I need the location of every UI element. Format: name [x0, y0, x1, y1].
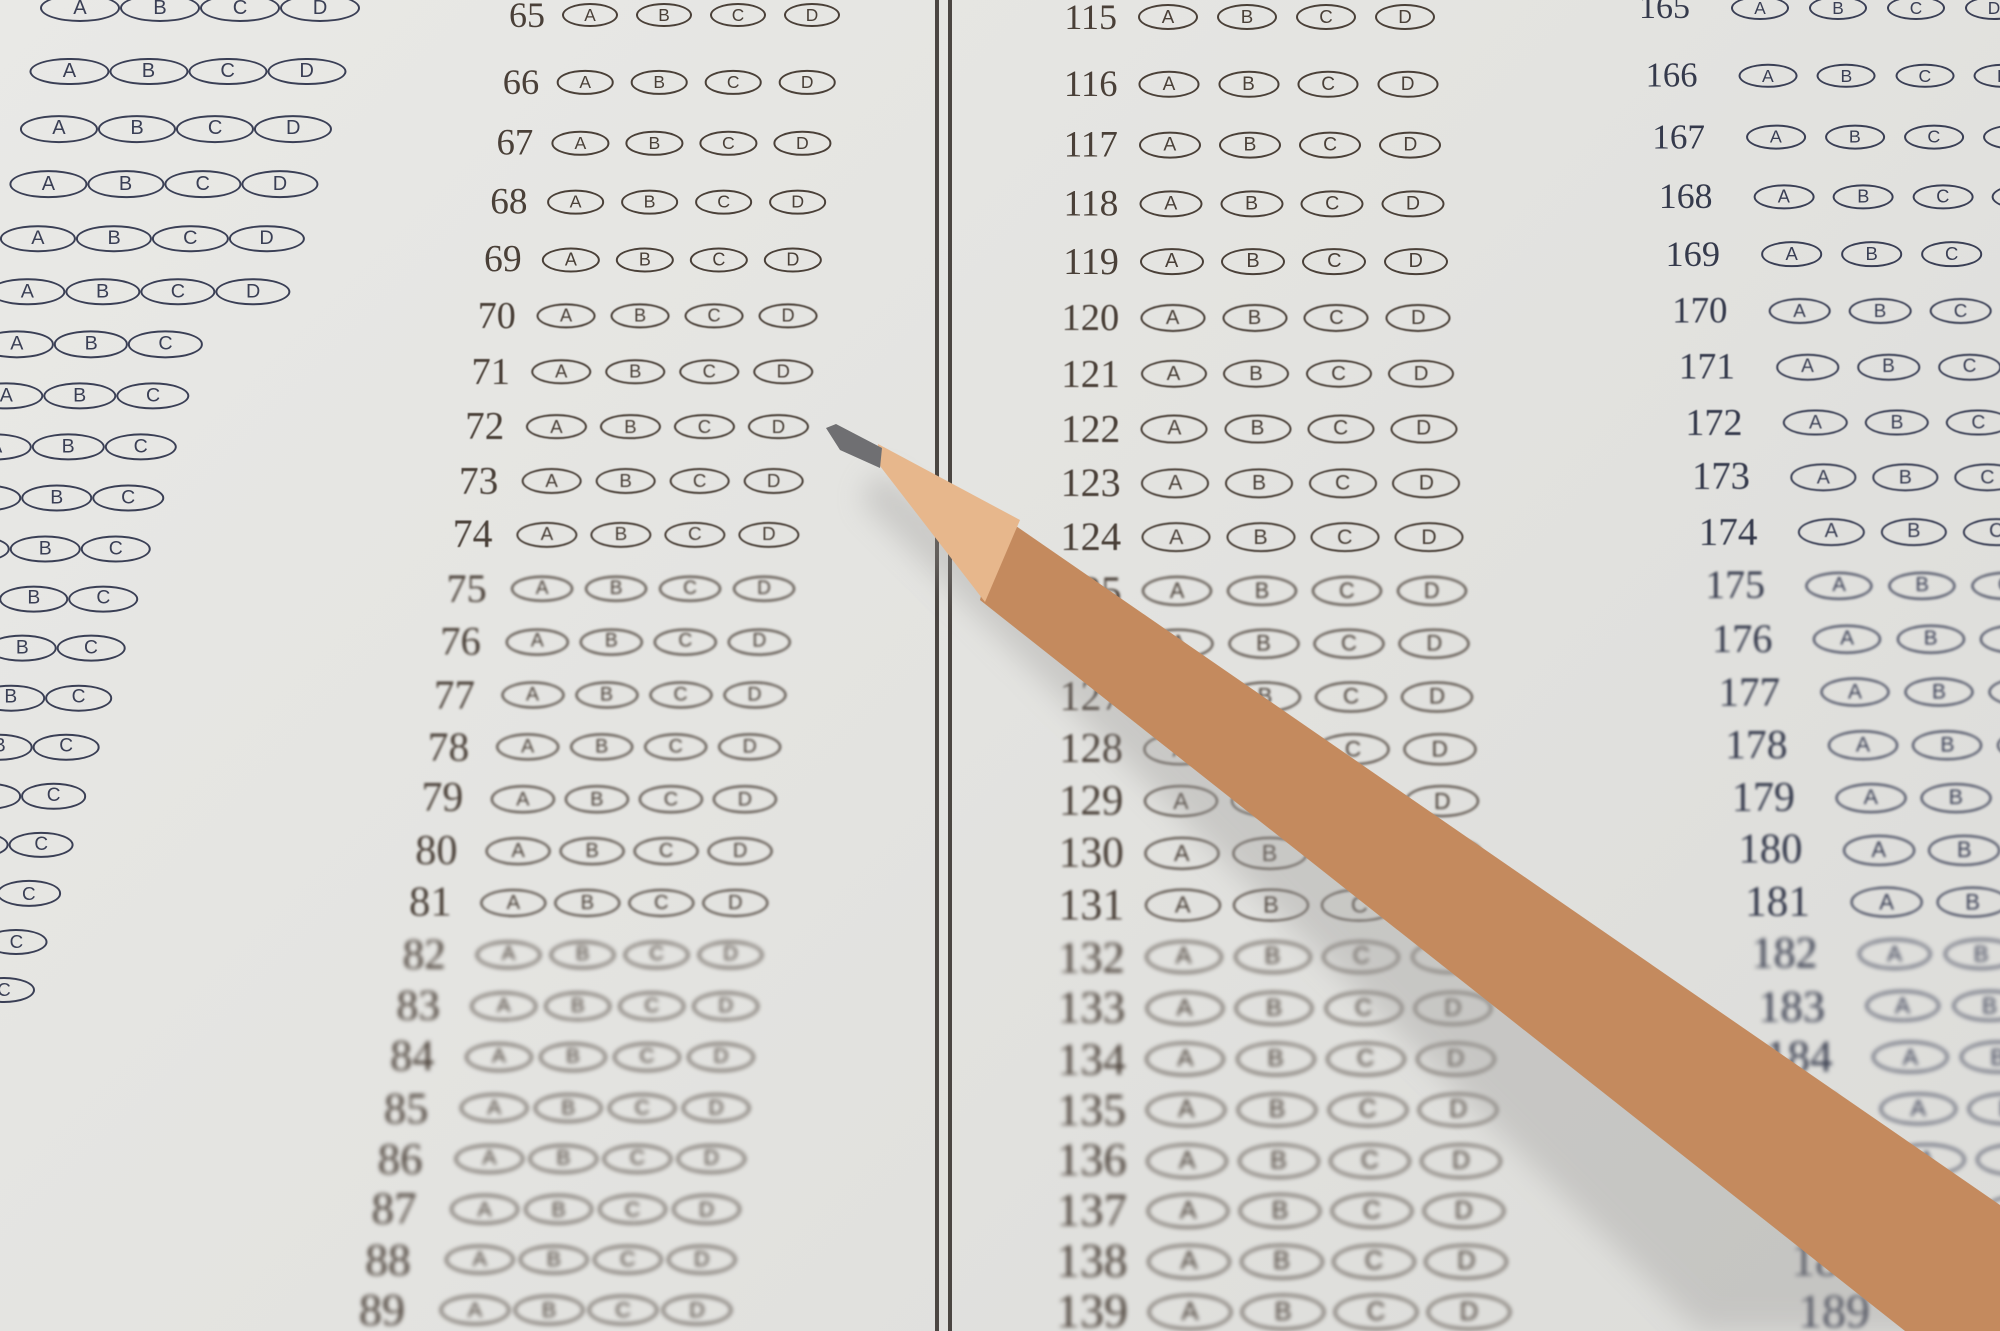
- answer-bubble-d[interactable]: D: [703, 889, 768, 917]
- answer-bubble-b[interactable]: B: [1231, 786, 1305, 818]
- answer-bubble-c[interactable]: C: [1955, 464, 2000, 491]
- answer-bubble-a[interactable]: A: [455, 1144, 523, 1173]
- answer-bubble-a[interactable]: A: [542, 247, 600, 272]
- answer-bubble-b[interactable]: B: [1968, 1092, 2000, 1124]
- answer-bubble-d[interactable]: D: [769, 190, 827, 215]
- answer-bubble-a[interactable]: A: [1806, 572, 1873, 600]
- answer-bubble-d[interactable]: D: [1425, 1244, 1508, 1280]
- answer-bubble-d[interactable]: D: [779, 70, 836, 94]
- answer-bubble-b[interactable]: B: [0, 635, 57, 662]
- answer-bubble-b[interactable]: B: [1237, 1093, 1317, 1127]
- answer-bubble-c[interactable]: C: [619, 992, 686, 1021]
- answer-bubble-c[interactable]: C: [1323, 940, 1400, 973]
- answer-bubble-c[interactable]: C: [593, 1245, 662, 1275]
- answer-bubble-d[interactable]: D: [1388, 359, 1454, 388]
- answer-bubble-d[interactable]: D: [1974, 64, 2000, 88]
- answer-bubble-a[interactable]: A: [476, 941, 542, 969]
- answer-bubble-d[interactable]: D: [1412, 940, 1489, 973]
- answer-bubble-c[interactable]: C: [1312, 576, 1382, 606]
- answer-bubble-b[interactable]: B: [529, 1144, 597, 1173]
- answer-bubble-c[interactable]: C: [1301, 191, 1364, 218]
- answer-bubble-b[interactable]: B: [570, 734, 634, 761]
- answer-bubble-c[interactable]: C: [1334, 1294, 1418, 1330]
- answer-bubble-c[interactable]: C: [116, 382, 189, 409]
- answer-bubble-b[interactable]: B: [1952, 990, 2000, 1022]
- answer-bubble-a[interactable]: A: [511, 575, 573, 602]
- answer-bubble-c[interactable]: C: [1989, 678, 2000, 707]
- answer-bubble-b[interactable]: B: [1224, 414, 1291, 443]
- answer-bubble-c[interactable]: C: [1320, 837, 1395, 869]
- answer-bubble-a[interactable]: A: [445, 1245, 514, 1275]
- answer-bubble-c[interactable]: C: [1325, 991, 1403, 1025]
- answer-bubble-a[interactable]: A: [496, 734, 560, 761]
- answer-bubble-c[interactable]: C: [0, 977, 35, 1003]
- answer-bubble-b[interactable]: B: [0, 734, 33, 761]
- answer-bubble-d[interactable]: D: [254, 115, 332, 143]
- answer-bubble-d[interactable]: D: [1410, 889, 1486, 922]
- answer-bubble-d[interactable]: D: [693, 992, 760, 1021]
- answer-bubble-a[interactable]: A: [1910, 1295, 1990, 1329]
- answer-bubble-b[interactable]: B: [1881, 518, 1947, 546]
- answer-bubble-c[interactable]: C: [9, 832, 74, 858]
- answer-bubble-a[interactable]: A: [1776, 354, 1840, 381]
- answer-bubble-d[interactable]: D: [1397, 576, 1467, 606]
- answer-bubble-b[interactable]: B: [519, 1245, 588, 1275]
- answer-bubble-c[interactable]: C: [710, 3, 766, 27]
- answer-bubble-d[interactable]: D: [748, 414, 808, 440]
- answer-bubble-c[interactable]: C: [690, 247, 748, 272]
- answer-bubble-b[interactable]: B: [606, 359, 666, 385]
- answer-bubble-b[interactable]: B: [0, 685, 45, 712]
- answer-bubble-b[interactable]: B: [1225, 469, 1293, 498]
- answer-bubble-b[interactable]: B: [54, 330, 128, 357]
- answer-bubble-b[interactable]: B: [590, 522, 651, 548]
- answer-bubble-c[interactable]: C: [1895, 64, 1954, 88]
- answer-bubble-a[interactable]: A: [1731, 0, 1789, 20]
- answer-bubble-c[interactable]: C: [624, 941, 690, 969]
- answer-bubble-a[interactable]: A: [1880, 1092, 1956, 1124]
- answer-bubble-b[interactable]: B: [0, 783, 21, 809]
- answer-bubble-b[interactable]: B: [636, 3, 692, 27]
- answer-bubble-d[interactable]: D: [682, 1094, 750, 1123]
- answer-bubble-a[interactable]: A: [1843, 835, 1915, 865]
- answer-bubble-c[interactable]: C: [705, 70, 762, 94]
- answer-bubble-b[interactable]: B: [1992, 1245, 2000, 1279]
- answer-bubble-a[interactable]: A: [1142, 522, 1211, 552]
- answer-bubble-b[interactable]: B: [43, 382, 116, 409]
- answer-bubble-a[interactable]: A: [1146, 1042, 1225, 1076]
- answer-bubble-d[interactable]: D: [1421, 1143, 1502, 1178]
- answer-bubble-d[interactable]: D: [1379, 132, 1441, 159]
- answer-bubble-c[interactable]: C: [0, 880, 61, 906]
- answer-bubble-d[interactable]: D: [1395, 522, 1464, 552]
- answer-bubble-c[interactable]: C: [1307, 414, 1374, 443]
- answer-bubble-b[interactable]: B: [10, 535, 81, 562]
- answer-bubble-b[interactable]: B: [514, 1295, 584, 1325]
- answer-bubble-c[interactable]: C: [680, 359, 740, 385]
- answer-bubble-c[interactable]: C: [1317, 734, 1390, 765]
- answer-bubble-d[interactable]: D: [1983, 125, 2000, 150]
- answer-bubble-a[interactable]: A: [1753, 184, 1814, 209]
- answer-bubble-a[interactable]: A: [501, 681, 564, 708]
- answer-bubble-c[interactable]: C: [21, 783, 87, 809]
- answer-bubble-b[interactable]: B: [1236, 1042, 1315, 1076]
- answer-bubble-a[interactable]: A: [1865, 990, 1940, 1022]
- answer-bubble-c[interactable]: C: [700, 131, 757, 156]
- answer-bubble-c[interactable]: C: [1921, 242, 1983, 268]
- answer-bubble-d[interactable]: D: [764, 247, 822, 272]
- answer-bubble-b[interactable]: B: [87, 171, 164, 199]
- answer-bubble-c[interactable]: C: [685, 303, 744, 328]
- answer-bubble-d[interactable]: D: [1408, 837, 1483, 869]
- answer-bubble-a[interactable]: A: [1828, 731, 1898, 760]
- answer-bubble-a[interactable]: A: [521, 468, 582, 494]
- answer-bubble-c[interactable]: C: [1309, 469, 1377, 498]
- answer-bubble-a[interactable]: A: [1895, 1194, 1973, 1227]
- answer-bubble-b[interactable]: B: [524, 1195, 593, 1225]
- answer-bubble-c[interactable]: C: [128, 330, 202, 357]
- answer-bubble-b[interactable]: B: [1984, 1194, 2000, 1227]
- answer-bubble-b[interactable]: B: [120, 0, 200, 22]
- answer-bubble-c[interactable]: C: [1331, 1194, 1413, 1229]
- answer-bubble-b[interactable]: B: [1232, 837, 1307, 869]
- answer-bubble-b[interactable]: B: [1217, 4, 1277, 30]
- answer-bubble-b[interactable]: B: [1920, 783, 1991, 813]
- answer-bubble-a[interactable]: A: [1146, 991, 1224, 1025]
- answer-bubble-b[interactable]: B: [1221, 248, 1285, 276]
- answer-bubble-b[interactable]: B: [65, 278, 140, 305]
- answer-bubble-a[interactable]: A: [1761, 242, 1823, 268]
- answer-bubble-b[interactable]: B: [1234, 940, 1311, 973]
- answer-bubble-d[interactable]: D: [280, 0, 360, 22]
- answer-bubble-c[interactable]: C: [57, 635, 126, 662]
- answer-bubble-b[interactable]: B: [626, 131, 683, 156]
- answer-bubble-b[interactable]: B: [565, 786, 629, 814]
- answer-bubble-b[interactable]: B: [1239, 1194, 1321, 1229]
- answer-bubble-d[interactable]: D: [738, 522, 799, 548]
- answer-bubble-b[interactable]: B: [76, 225, 152, 253]
- answer-bubble-b[interactable]: B: [1809, 0, 1867, 20]
- answer-bubble-b[interactable]: B: [1825, 125, 1885, 150]
- answer-bubble-c[interactable]: C: [1980, 625, 2000, 654]
- answer-bubble-c[interactable]: C: [1315, 681, 1387, 712]
- answer-bubble-b[interactable]: B: [1936, 887, 2000, 918]
- answer-bubble-c[interactable]: C: [92, 485, 163, 512]
- answer-bubble-d[interactable]: D: [216, 278, 291, 305]
- answer-bubble-a[interactable]: A: [0, 535, 10, 562]
- answer-bubble-a[interactable]: A: [506, 628, 568, 655]
- answer-bubble-d[interactable]: D: [698, 941, 764, 969]
- answer-bubble-b[interactable]: B: [616, 247, 674, 272]
- answer-bubble-a[interactable]: A: [516, 522, 577, 548]
- answer-bubble-d[interactable]: D: [1384, 248, 1448, 276]
- answer-bubble-d[interactable]: D: [743, 468, 804, 494]
- answer-bubble-a[interactable]: A: [0, 278, 65, 305]
- answer-bubble-a[interactable]: A: [1139, 132, 1201, 159]
- answer-bubble-d[interactable]: D: [1401, 681, 1473, 712]
- answer-bubble-c[interactable]: C: [1887, 0, 1945, 20]
- answer-bubble-a[interactable]: A: [491, 786, 555, 814]
- answer-bubble-c[interactable]: C: [603, 1144, 671, 1173]
- answer-bubble-a[interactable]: A: [552, 131, 609, 156]
- answer-bubble-c[interactable]: C: [1298, 71, 1359, 97]
- answer-bubble-c[interactable]: C: [654, 628, 716, 655]
- answer-bubble-a[interactable]: A: [1768, 298, 1831, 324]
- answer-bubble-d[interactable]: D: [672, 1195, 741, 1225]
- answer-bubble-a[interactable]: A: [1141, 469, 1209, 498]
- answer-bubble-a[interactable]: A: [460, 1094, 528, 1123]
- answer-bubble-c[interactable]: C: [200, 0, 280, 22]
- answer-bubble-d[interactable]: D: [1416, 1042, 1495, 1076]
- answer-bubble-a[interactable]: A: [1143, 629, 1214, 660]
- answer-bubble-d[interactable]: D: [1390, 414, 1457, 443]
- answer-bubble-b[interactable]: B: [1229, 681, 1301, 712]
- answer-bubble-a[interactable]: A: [0, 434, 32, 461]
- answer-bubble-c[interactable]: C: [664, 522, 725, 548]
- answer-bubble-c[interactable]: C: [613, 1043, 680, 1072]
- answer-bubble-b[interactable]: B: [0, 832, 9, 858]
- answer-bubble-b[interactable]: B: [1220, 191, 1283, 218]
- answer-bubble-b[interactable]: B: [1222, 304, 1287, 332]
- answer-bubble-a[interactable]: A: [1903, 1245, 1982, 1279]
- answer-bubble-a[interactable]: A: [557, 70, 614, 94]
- answer-bubble-a[interactable]: A: [1144, 837, 1219, 869]
- answer-bubble-b[interactable]: B: [1223, 359, 1289, 388]
- answer-bubble-a[interactable]: A: [1148, 1244, 1231, 1280]
- answer-bubble-c[interactable]: C: [674, 414, 734, 440]
- answer-bubble-b[interactable]: B: [21, 485, 92, 512]
- answer-bubble-c[interactable]: C: [608, 1094, 676, 1123]
- answer-bubble-b[interactable]: B: [560, 838, 625, 866]
- answer-bubble-b[interactable]: B: [1976, 1143, 2000, 1176]
- answer-bubble-c[interactable]: C: [1302, 248, 1366, 276]
- answer-bubble-b[interactable]: B: [1227, 576, 1297, 606]
- answer-bubble-c[interactable]: C: [140, 278, 215, 305]
- answer-bubble-a[interactable]: A: [1142, 576, 1212, 606]
- answer-bubble-a[interactable]: A: [537, 303, 596, 328]
- answer-bubble-a[interactable]: A: [1141, 414, 1208, 443]
- answer-bubble-c[interactable]: C: [644, 734, 708, 761]
- answer-bubble-b[interactable]: B: [0, 585, 69, 612]
- answer-bubble-b[interactable]: B: [1889, 572, 1956, 600]
- answer-bubble-a[interactable]: A: [1146, 1093, 1226, 1127]
- answer-bubble-a[interactable]: A: [465, 1043, 532, 1072]
- answer-bubble-c[interactable]: C: [188, 58, 267, 86]
- answer-bubble-d[interactable]: D: [1386, 304, 1451, 332]
- answer-bubble-d[interactable]: D: [1423, 1194, 1505, 1229]
- answer-bubble-b[interactable]: B: [575, 681, 638, 708]
- answer-bubble-a[interactable]: A: [1139, 191, 1202, 218]
- answer-bubble-b[interactable]: B: [539, 1043, 606, 1072]
- answer-bubble-d[interactable]: D: [728, 628, 790, 655]
- answer-bubble-d[interactable]: D: [267, 58, 346, 86]
- answer-bubble-b[interactable]: B: [611, 303, 670, 328]
- answer-bubble-b[interactable]: B: [1228, 629, 1299, 660]
- answer-bubble-b[interactable]: B: [1905, 678, 1974, 707]
- answer-bubble-c[interactable]: C: [1332, 1244, 1415, 1280]
- answer-bubble-c[interactable]: C: [1329, 1143, 1410, 1178]
- answer-bubble-c[interactable]: C: [1972, 572, 2000, 600]
- answer-bubble-c[interactable]: C: [1328, 1093, 1408, 1127]
- answer-bubble-c[interactable]: C: [1326, 1042, 1405, 1076]
- answer-bubble-a[interactable]: A: [547, 190, 605, 215]
- answer-bubble-c[interactable]: C: [629, 889, 694, 917]
- answer-bubble-a[interactable]: A: [1850, 887, 1923, 918]
- answer-bubble-c[interactable]: C: [588, 1295, 658, 1325]
- answer-bubble-d[interactable]: D: [1375, 4, 1435, 30]
- answer-bubble-d[interactable]: D: [723, 681, 786, 708]
- answer-bubble-b[interactable]: B: [1912, 731, 1982, 760]
- answer-bubble-a[interactable]: A: [40, 0, 120, 22]
- answer-bubble-b[interactable]: B: [585, 575, 647, 602]
- answer-bubble-b[interactable]: B: [1841, 242, 1903, 268]
- answer-bubble-a[interactable]: A: [562, 3, 618, 27]
- answer-bubble-d[interactable]: D: [1427, 1294, 1511, 1330]
- answer-bubble-d[interactable]: D: [667, 1245, 736, 1275]
- answer-bubble-a[interactable]: A: [30, 58, 109, 86]
- answer-bubble-b[interactable]: B: [595, 468, 656, 494]
- answer-bubble-b[interactable]: B: [1240, 1244, 1323, 1280]
- answer-bubble-d[interactable]: D: [708, 838, 773, 866]
- answer-bubble-c[interactable]: C: [695, 190, 753, 215]
- answer-bubble-c[interactable]: C: [1912, 184, 1973, 209]
- answer-bubble-a[interactable]: A: [1821, 678, 1890, 707]
- answer-bubble-d[interactable]: D: [718, 734, 782, 761]
- answer-bubble-a[interactable]: A: [532, 359, 592, 385]
- answer-bubble-a[interactable]: A: [1145, 940, 1222, 973]
- answer-bubble-c[interactable]: C: [104, 434, 176, 461]
- answer-bubble-c[interactable]: C: [1318, 786, 1392, 818]
- answer-bubble-d[interactable]: D: [662, 1295, 732, 1325]
- answer-bubble-a[interactable]: A: [1783, 409, 1847, 436]
- answer-bubble-d[interactable]: D: [241, 171, 318, 199]
- answer-bubble-d[interactable]: D: [754, 359, 814, 385]
- answer-bubble-a[interactable]: A: [1738, 64, 1797, 88]
- answer-bubble-b[interactable]: B: [1873, 464, 1938, 491]
- answer-bubble-c[interactable]: C: [669, 468, 730, 494]
- answer-bubble-c[interactable]: C: [81, 535, 152, 562]
- answer-bubble-a[interactable]: A: [1147, 1194, 1229, 1229]
- answer-bubble-a[interactable]: A: [1148, 1294, 1232, 1330]
- answer-bubble-b[interactable]: B: [550, 941, 616, 969]
- answer-bubble-a[interactable]: A: [1140, 248, 1204, 276]
- answer-bubble-b[interactable]: B: [1960, 1041, 2000, 1073]
- answer-bubble-c[interactable]: C: [1929, 298, 1992, 324]
- answer-bubble-b[interactable]: B: [1897, 625, 1965, 654]
- answer-bubble-b[interactable]: B: [1218, 71, 1279, 97]
- answer-bubble-d[interactable]: D: [228, 225, 304, 253]
- answer-bubble-c[interactable]: C: [649, 681, 712, 708]
- answer-bubble-a[interactable]: A: [471, 992, 538, 1021]
- answer-bubble-a[interactable]: A: [526, 414, 586, 440]
- answer-bubble-c[interactable]: C: [1313, 629, 1384, 660]
- answer-bubble-d[interactable]: D: [1418, 1093, 1498, 1127]
- answer-bubble-d[interactable]: D: [1992, 184, 2000, 209]
- answer-bubble-b[interactable]: B: [545, 992, 612, 1021]
- answer-bubble-a[interactable]: A: [1143, 681, 1215, 712]
- answer-bubble-d[interactable]: D: [1399, 629, 1470, 660]
- answer-bubble-c[interactable]: C: [1310, 522, 1379, 552]
- answer-bubble-b[interactable]: B: [534, 1094, 602, 1123]
- answer-bubble-c[interactable]: C: [1304, 304, 1369, 332]
- answer-bubble-a[interactable]: A: [0, 382, 43, 409]
- answer-bubble-c[interactable]: C: [1938, 354, 2000, 381]
- answer-bubble-a[interactable]: A: [481, 889, 546, 917]
- answer-bubble-c[interactable]: C: [598, 1195, 667, 1225]
- answer-bubble-d[interactable]: D: [1403, 734, 1476, 765]
- answer-bubble-b[interactable]: B: [621, 190, 679, 215]
- answer-bubble-d[interactable]: D: [759, 303, 818, 328]
- answer-bubble-b[interactable]: B: [32, 434, 104, 461]
- answer-bubble-c[interactable]: C: [1296, 4, 1356, 30]
- answer-bubble-c[interactable]: C: [1963, 518, 2000, 546]
- answer-bubble-d[interactable]: D: [784, 3, 840, 27]
- answer-bubble-d[interactable]: D: [677, 1144, 745, 1173]
- answer-bubble-c[interactable]: C: [1299, 132, 1361, 159]
- answer-bubble-a[interactable]: A: [1144, 786, 1218, 818]
- answer-bubble-a[interactable]: A: [1145, 889, 1221, 922]
- answer-bubble-b[interactable]: B: [580, 628, 642, 655]
- answer-bubble-b[interactable]: B: [1241, 1294, 1325, 1330]
- answer-bubble-c[interactable]: C: [1306, 359, 1372, 388]
- answer-bubble-b[interactable]: B: [1230, 734, 1303, 765]
- answer-bubble-b[interactable]: B: [1235, 991, 1313, 1025]
- answer-bubble-d[interactable]: D: [733, 575, 795, 602]
- answer-bubble-a[interactable]: A: [1138, 4, 1198, 30]
- answer-bubble-c[interactable]: C: [0, 929, 48, 955]
- answer-bubble-a[interactable]: A: [1147, 1143, 1228, 1178]
- answer-bubble-b[interactable]: B: [1833, 184, 1894, 209]
- answer-bubble-b[interactable]: B: [1865, 409, 1929, 436]
- answer-bubble-b[interactable]: B: [1928, 835, 2000, 865]
- answer-bubble-d[interactable]: D: [774, 131, 831, 156]
- answer-bubble-d[interactable]: D: [1405, 786, 1479, 818]
- answer-bubble-b[interactable]: B: [1817, 64, 1876, 88]
- answer-bubble-a[interactable]: A: [486, 838, 551, 866]
- answer-bubble-b[interactable]: B: [1238, 1143, 1319, 1178]
- answer-bubble-d[interactable]: D: [1414, 991, 1492, 1025]
- answer-bubble-a[interactable]: A: [20, 115, 98, 143]
- answer-bubble-d[interactable]: D: [1377, 71, 1438, 97]
- answer-bubble-a[interactable]: A: [0, 330, 54, 357]
- answer-bubble-c[interactable]: C: [45, 685, 113, 712]
- answer-bubble-b[interactable]: B: [1226, 522, 1295, 552]
- answer-bubble-a[interactable]: A: [1888, 1143, 1965, 1176]
- answer-bubble-a[interactable]: A: [0, 225, 76, 253]
- answer-bubble-d[interactable]: D: [1382, 191, 1445, 218]
- answer-bubble-c[interactable]: C: [176, 115, 254, 143]
- answer-bubble-b[interactable]: B: [98, 115, 176, 143]
- answer-bubble-a[interactable]: A: [1141, 359, 1207, 388]
- answer-bubble-b[interactable]: B: [109, 58, 188, 86]
- answer-bubble-a[interactable]: A: [1873, 1041, 1948, 1073]
- answer-bubble-b[interactable]: B: [1219, 132, 1281, 159]
- answer-bubble-a[interactable]: A: [1798, 518, 1864, 546]
- answer-bubble-b[interactable]: B: [631, 70, 688, 94]
- answer-bubble-d[interactable]: D: [1965, 0, 2000, 20]
- answer-bubble-c[interactable]: C: [1904, 125, 1964, 150]
- answer-bubble-a[interactable]: A: [1813, 625, 1881, 654]
- answer-bubble-c[interactable]: C: [152, 225, 228, 253]
- answer-bubble-c[interactable]: C: [1321, 889, 1397, 922]
- answer-bubble-d[interactable]: D: [1392, 469, 1460, 498]
- answer-bubble-a[interactable]: A: [1835, 783, 1906, 813]
- answer-bubble-c[interactable]: C: [1946, 409, 2000, 436]
- answer-bubble-a[interactable]: A: [0, 485, 21, 512]
- answer-bubble-a[interactable]: A: [450, 1195, 519, 1225]
- answer-bubble-a[interactable]: A: [440, 1295, 510, 1325]
- answer-bubble-a[interactable]: A: [1858, 939, 1932, 970]
